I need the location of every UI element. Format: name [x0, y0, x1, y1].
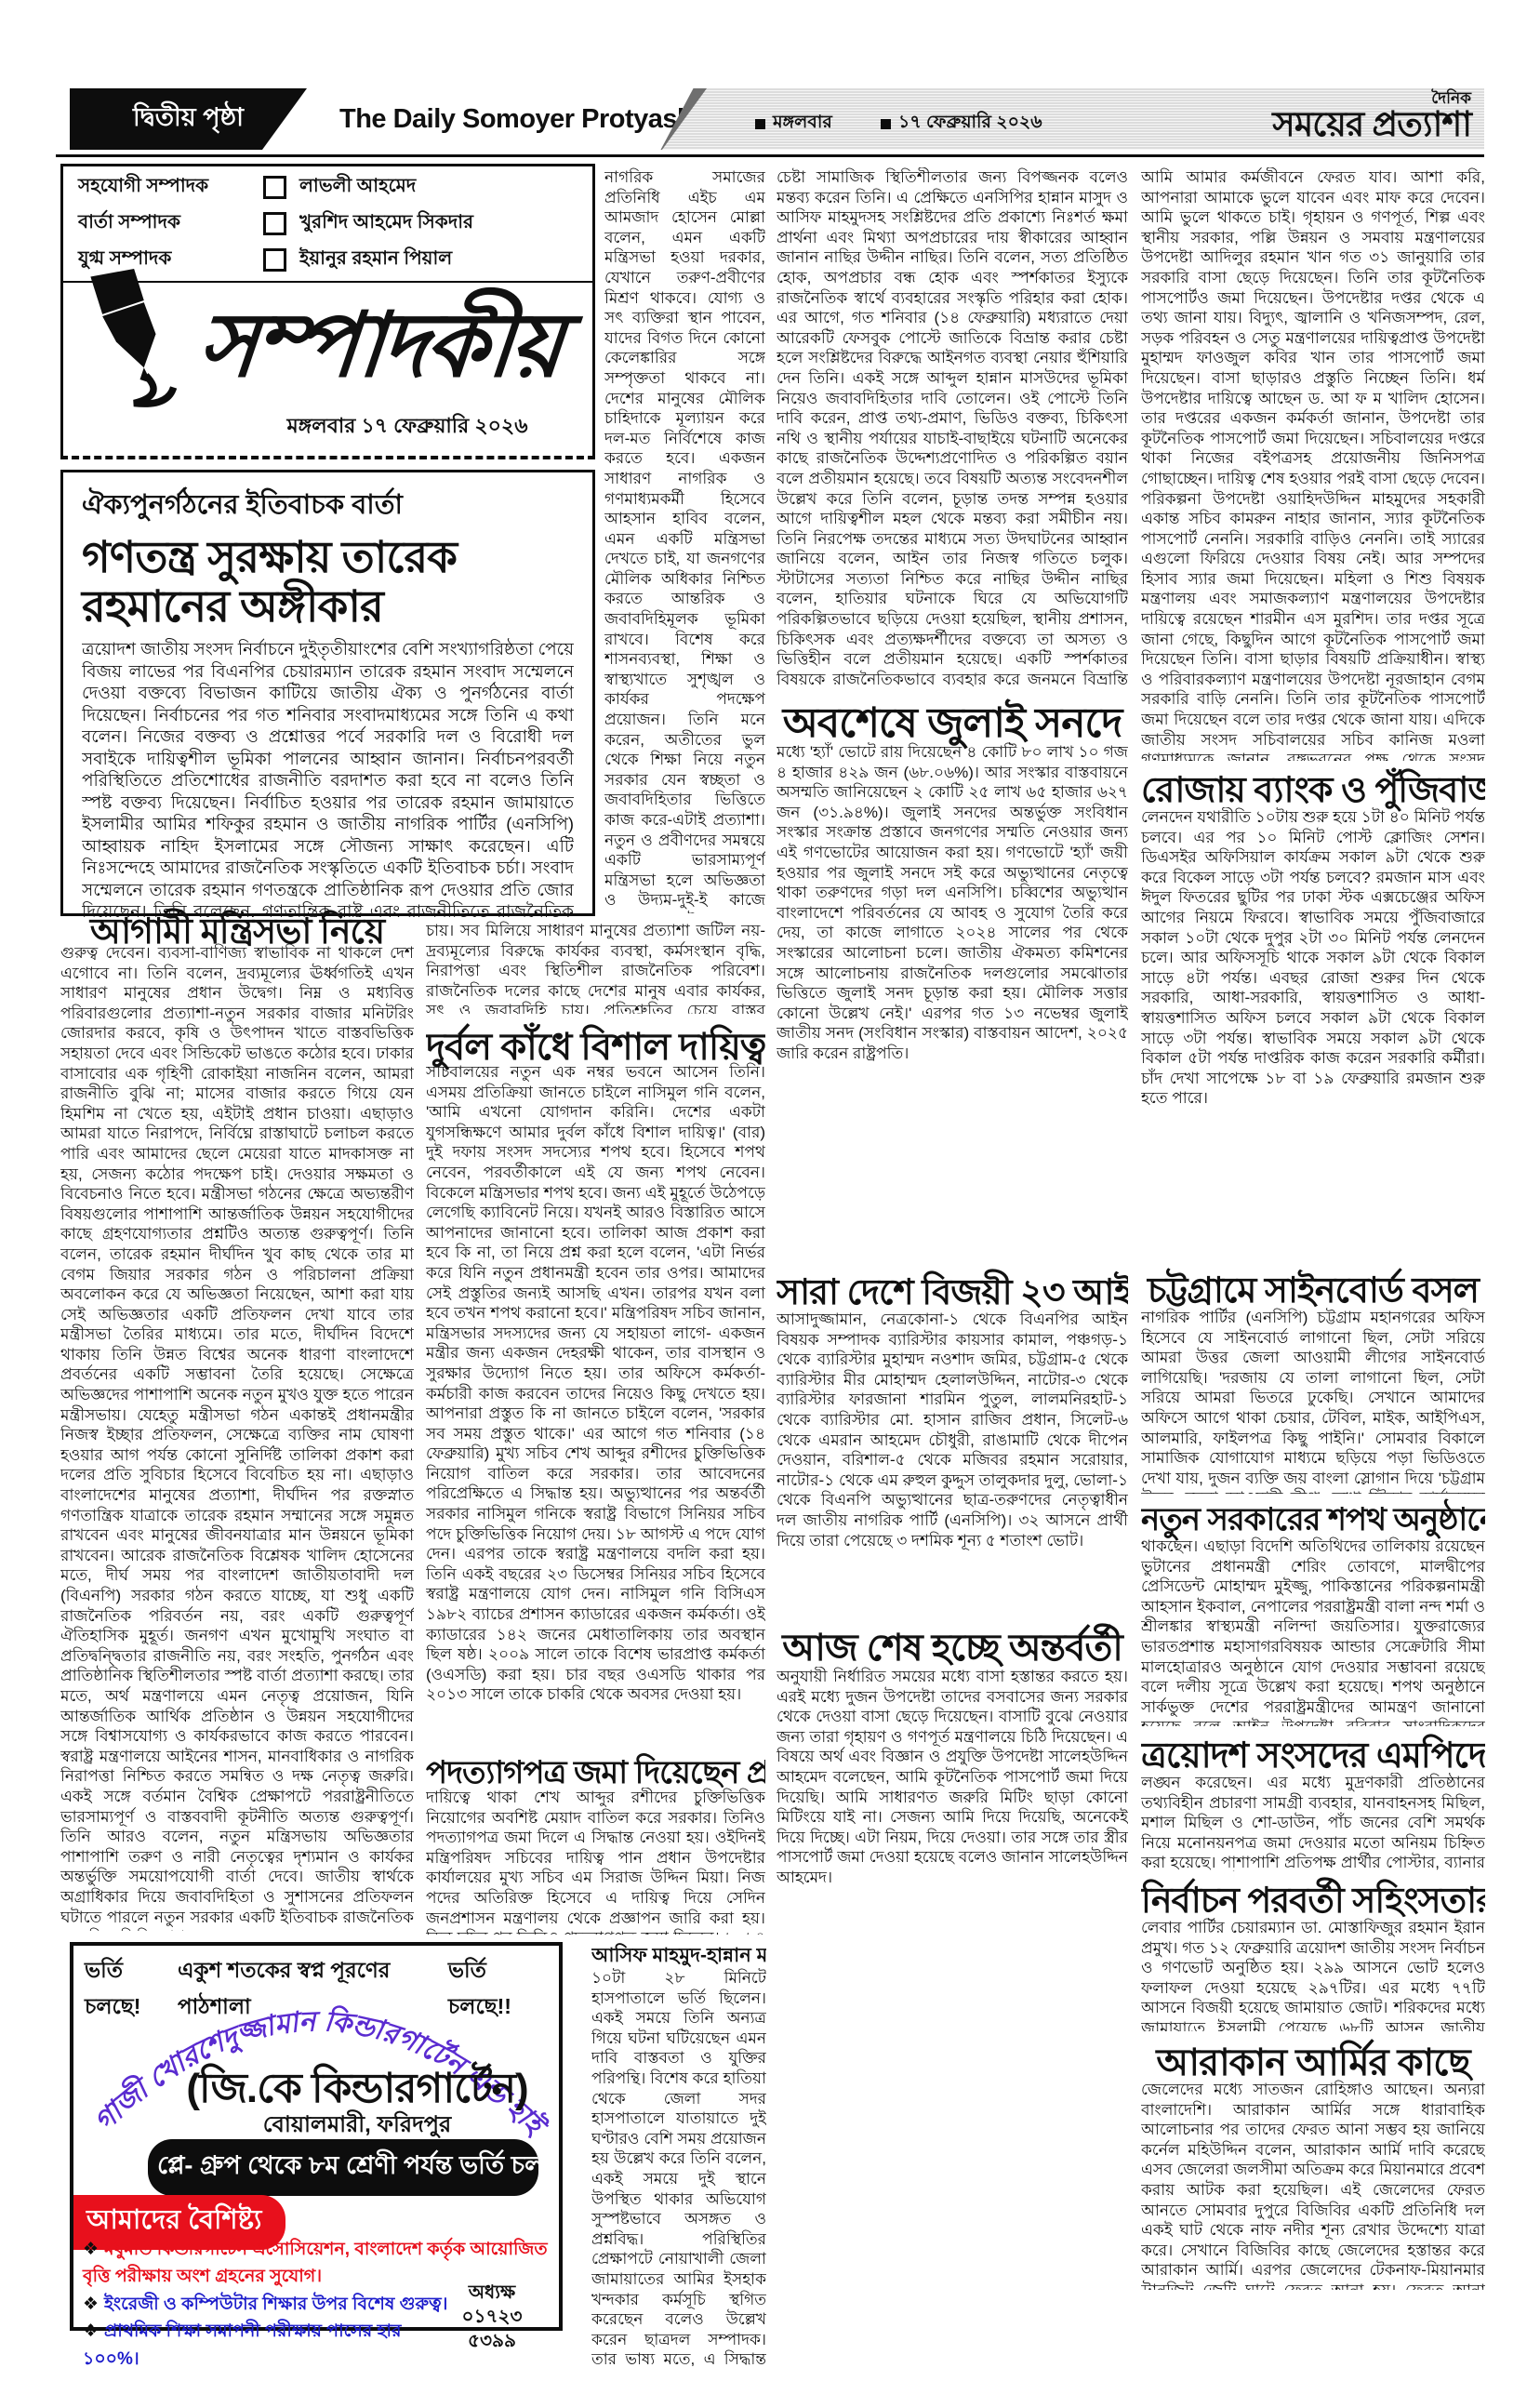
ad-feature-text: প্রাথমিক শিক্ষা সমাপনী পরীক্ষায় পাসের হ… — [83, 2321, 401, 2368]
checkbox-square-icon — [263, 248, 286, 272]
date-item: ১৭ ফেব্রুয়ারি ২০২৬ — [881, 109, 1042, 139]
ad-feature-item: ❖প্রাথমিক শিক্ষা সমাপনী পরীক্ষায় পাসের … — [83, 2318, 418, 2373]
editorial-kicker: ঐক্যপুনর্গঠনের ইতিবাচক বার্তা — [82, 484, 574, 529]
editorial-body: ত্রয়োদশ জাতীয় সংসদ নির্বাচনে দুইতৃতীয়… — [82, 638, 574, 917]
article-body: চায়। সব মিলিয়ে সাধারণ মানুষের প্রত্যাশ… — [426, 921, 765, 1014]
editorial-logo-date: মঙ্গলবার ১৭ ফেব্রুয়ারি ২০২৬ — [221, 410, 593, 445]
diamond-bullet-icon: ❖ — [83, 2240, 99, 2259]
ad-principal-block: অধ্যক্ষ ০১৭২৩ ৫৩৯৯ — [436, 2281, 548, 2353]
article-body: জেলেদের মধ্যে সাতজন রোহিঙ্গাও আছেন। অন্য… — [1141, 2080, 1485, 2290]
page-number-banner: দ্বিতীয় পৃষ্ঠা — [70, 88, 307, 150]
ad-classes-pill: প্লে- গ্রুপ থেকে ৮ম শ্রেণী পর্যন্ত ভর্তি… — [148, 2139, 538, 2196]
article-body: নাগরিক পার্টির (এনসিপি) চট্টগ্রাম মহানগর… — [1141, 1308, 1485, 1494]
checkbox-square-icon — [263, 176, 286, 199]
editorial-masthead-box: সহযোগী সম্পাদক লাভলী আহমেদ বার্তা সম্পাদ… — [60, 164, 595, 459]
editor-name: ইয়ানুর রহমান পিয়াল — [299, 245, 452, 275]
editor-row: সহযোগী সম্পাদক লাভলী আহমেদ — [78, 172, 592, 203]
ad-feature-text: ইংরেজী ও কম্পিউটার শিক্ষার উপর বিশেষ গুর… — [104, 2295, 447, 2314]
article-body: আমি আমার কর্মজীবনে ফেরত যাব। আশা করি, আপ… — [1141, 167, 1485, 761]
article-body: গুরুত্ব দেবেন। ব্যবসা-বাণিজ্য স্বাভাবিক … — [60, 943, 414, 1931]
ad-phone: ০১৭২৩ ৫৩৯৯ — [436, 2305, 548, 2353]
article-body: ১০টা ২৮ মিনিটে হাসপাতালে ভর্তি ছিলেন। এক… — [591, 1968, 766, 2366]
ad-feature-text: মধুমতি কিন্ডারগার্টেন এসোসিয়েশন, বাংলাদ… — [83, 2240, 548, 2286]
fountain-pen-icon — [76, 269, 188, 427]
masthead-brand: দৈনিক সময়ের প্রত্যাশা — [1272, 90, 1471, 143]
lead-editorial-box: ঐক্যপুনর্গঠনের ইতিবাচক বার্তা গণতন্ত্র স… — [60, 470, 595, 916]
checkbox-square-icon — [263, 212, 286, 235]
bullet-square-icon — [755, 119, 765, 129]
article-body: লেবার পার্টির চেয়ারম্যান ডা. মোস্তাফিজু… — [1141, 1918, 1485, 2031]
article-body: মধ্যে 'হ্যাঁ' ভোটে রায় দিয়েছেন ৪ কোটি … — [777, 742, 1128, 1261]
weekday-label: মঙ্গলবার — [773, 109, 832, 139]
school-ad-box: ভর্তি চলছে! একুশ শতকের স্বপ্ন পূরণের পাঠ… — [70, 1942, 563, 2331]
editor-role: বার্তা সম্পাদক — [78, 208, 250, 239]
article-body: আসাদুজ্জামান, নেত্রকোনা-১ থেকে বিএনপির আ… — [777, 1310, 1128, 1616]
editor-name: লাভলী আহমেদ — [299, 172, 416, 203]
header-rule — [56, 154, 1484, 157]
editorial-headline: গণতন্ত্র সুরক্ষায় তারেক রহমানের অঙ্গীকা… — [82, 533, 574, 631]
diamond-bullet-icon: ❖ — [83, 2295, 99, 2314]
editor-role: সহযোগী সম্পাদক — [78, 172, 250, 203]
editor-name: খুরশিদ আহমেদ সিকদার — [299, 208, 473, 239]
date-label: ১৭ ফেব্রুয়ারি ২০২৬ — [898, 109, 1042, 139]
weekday-item: মঙ্গলবার — [755, 109, 832, 139]
ad-principal-title: অধ্যক্ষ — [436, 2281, 548, 2305]
diamond-bullet-icon: ❖ — [83, 2321, 99, 2341]
article-body: নাগরিক সমাজের প্রতিনিধি এইচ এম আমজাদ হোস… — [604, 167, 765, 913]
dateline-banner: মঙ্গলবার ১৭ ফেব্রুয়ারি ২০২৬ দৈনিক সময়ে… — [662, 88, 1484, 150]
article-body: অনুযায়ী নির্ধারিত সময়ের মধ্যে বাসা হস্… — [777, 1667, 1128, 2364]
article-body: লেনদেন যথারীতি ১০টায় শুরু হয়ে ১টা ৪০ ম… — [1141, 807, 1485, 1261]
paper-name-english: The Daily Somoyer Protyasha — [339, 88, 708, 150]
editor-row: বার্তা সম্পাদক খুরশিদ আহমেদ সিকদার — [78, 208, 592, 239]
brand-name: সময়ের প্রত্যাশা — [1272, 107, 1471, 143]
article-body: দায়িত্বে থাকা শেখ আব্দুর রশীদের চুক্তিভ… — [426, 1788, 765, 1935]
article-body: চেষ্টা সামাজিক স্থিতিশীলতার জন্য বিপজ্জন… — [777, 167, 1128, 688]
newspaper-page: দ্বিতীয় পৃষ্ঠা The Daily Somoyer Protya… — [0, 0, 1540, 2381]
article-body: থাকছেন। এছাড়া বিদেশি অতিথিদের তালিকায় … — [1141, 1536, 1485, 1726]
article-body: সচিবালয়ের নতুন এক নম্বর ভবনে আসেন তিনি।… — [426, 1062, 765, 1746]
editorial-logo-text: সম্পাদকীয় — [192, 276, 566, 426]
page-label: দ্বিতীয় পৃষ্ঠা — [133, 99, 244, 140]
article-body: লঙ্ঘন করেছেন। এর মধ্যে মুদ্রণকারী প্রতিষ… — [1141, 1773, 1485, 1871]
bullet-square-icon — [881, 119, 891, 129]
